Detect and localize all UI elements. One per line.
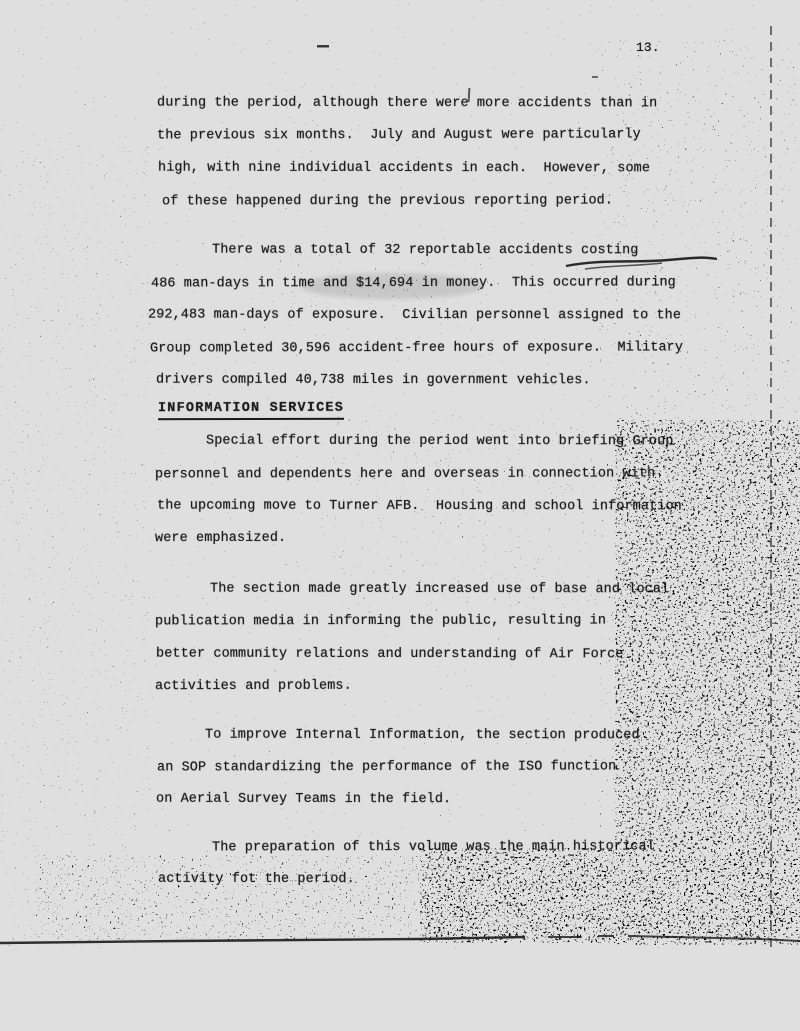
page-number: 13. xyxy=(636,40,660,56)
text-line: 486 man-days in time and $14,694 in mone… xyxy=(151,275,676,292)
text-line: The preparation of this volume was the m… xyxy=(212,840,655,857)
text-line: on Aerial Survey Teams in the field. xyxy=(156,792,451,808)
stray-mark xyxy=(317,45,329,48)
stray-mark xyxy=(592,76,598,78)
text-line: during the period, although there were m… xyxy=(157,96,657,113)
text-line: Special effort during the period went in… xyxy=(206,434,674,451)
text-line: personnel and dependents here and overse… xyxy=(155,466,655,483)
text-line: the upcoming move to Turner AFB. Housing… xyxy=(157,499,682,516)
noise-region xyxy=(420,848,800,943)
text-line: the previous six months. July and August… xyxy=(157,127,641,144)
text-line: activities and problems. xyxy=(155,679,352,695)
scan-noise-overlay xyxy=(0,0,800,1031)
text-line: The section made greatly increased use o… xyxy=(210,582,669,599)
section-heading: INFORMATION SERVICES xyxy=(158,401,344,420)
text-line: high, with nine individual accidents in … xyxy=(158,161,650,178)
text-line: an SOP standardizing the performance of … xyxy=(157,760,616,777)
scanned-page: 13. during the period, although there we… xyxy=(0,0,800,1031)
text-line: drivers compiled 40,738 miles in governm… xyxy=(156,373,591,390)
bottom-scan-line xyxy=(548,936,800,941)
text-line: of these happened during the previous re… xyxy=(162,194,613,211)
pen-scratch-mark xyxy=(585,263,662,269)
text-line: 292,483 man-days of exposure. Civilian p… xyxy=(148,308,681,325)
bottom-scan-line xyxy=(0,937,525,943)
text-line: To improve Internal Information, the sec… xyxy=(205,728,640,745)
noise-region xyxy=(0,140,150,950)
text-line: were emphasized. xyxy=(155,531,286,547)
text-line: better community relations and understan… xyxy=(156,647,624,664)
text-line: Group completed 30,596 accident-free hou… xyxy=(150,340,683,357)
text-line: publication media in informing the publi… xyxy=(155,614,606,631)
text-line: activity fot the period. xyxy=(158,872,355,888)
noise-region xyxy=(35,855,780,940)
text-line: There was a total of 32 reportable accid… xyxy=(212,243,638,260)
